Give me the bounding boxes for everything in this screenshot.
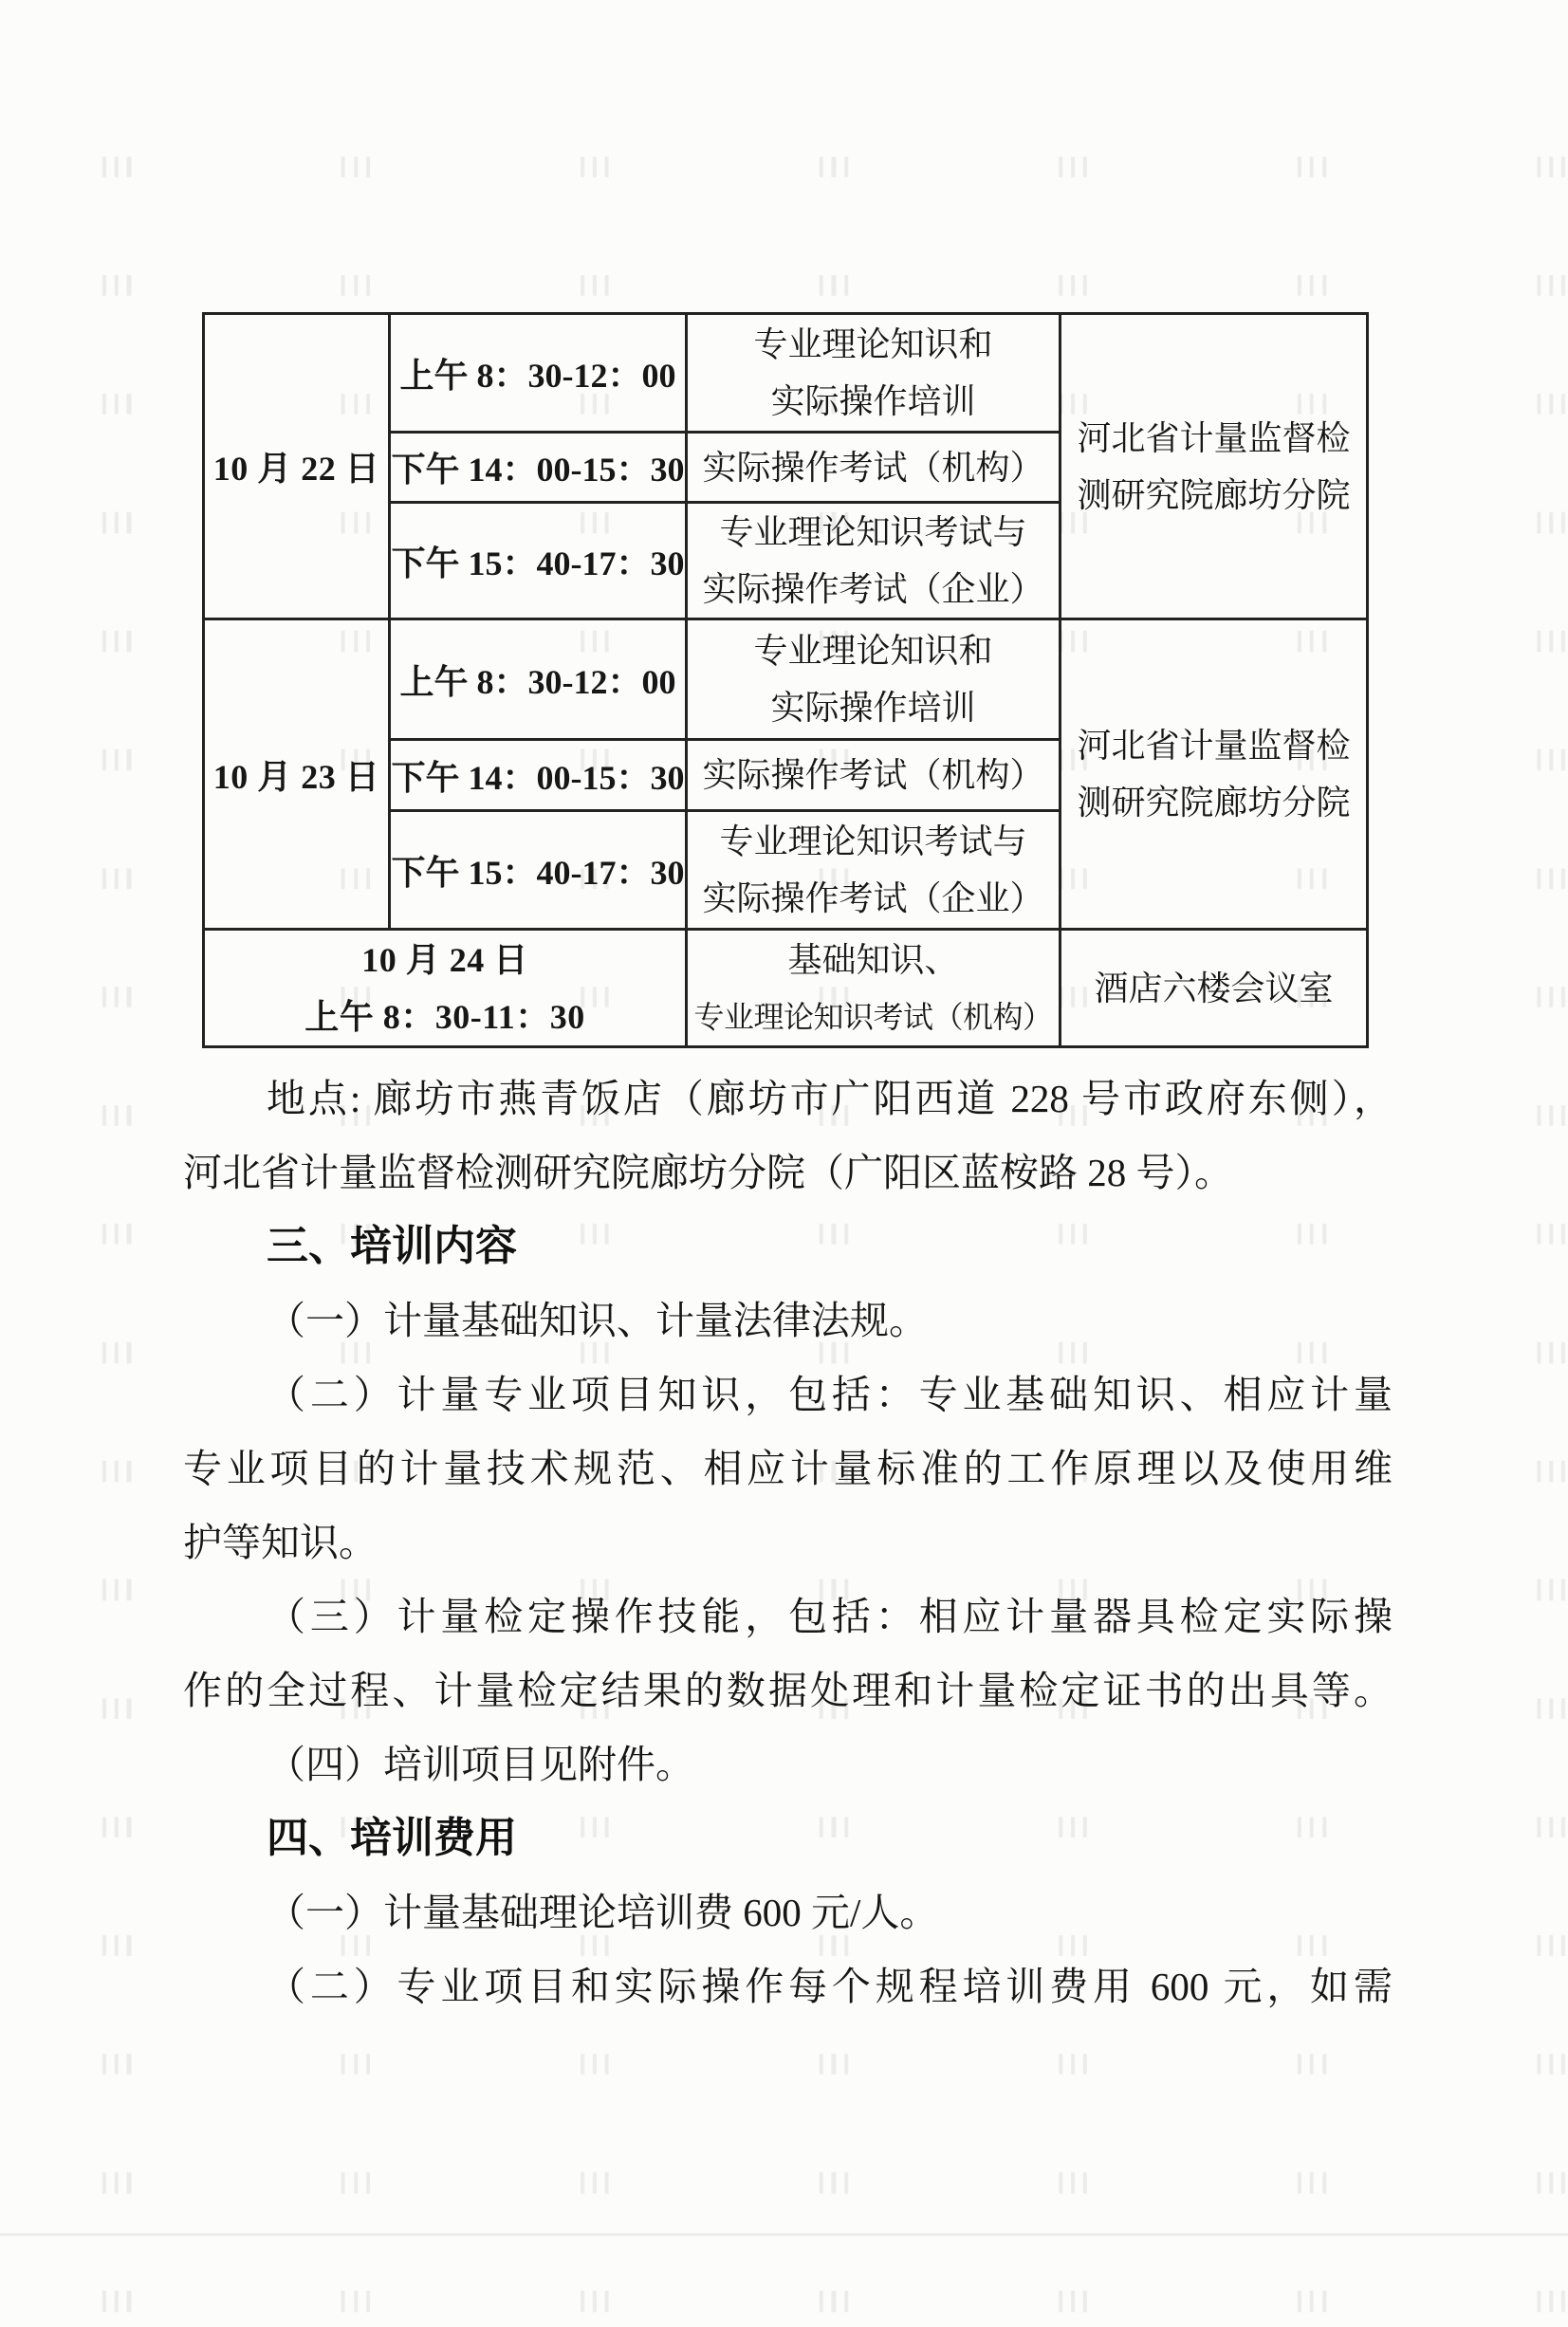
body-line-item-2a: （二）计量专业项目知识，包括：专业基础知识、相应计量 [183, 1357, 1393, 1431]
session-time: 下午 15：40-17：30 [390, 811, 687, 930]
body-line-item-4: （四）培训项目见附件。 [183, 1727, 1393, 1801]
venue-line: 酒店六楼会议室 [1061, 960, 1366, 1017]
activity-line: 基础知识、 [688, 932, 1059, 988]
venue-cell: 酒店六楼会议室 [1061, 930, 1368, 1047]
body-line-item-3b: 作的全过程、计量检定结果的数据处理和计量检定证书的出具等。 [183, 1653, 1393, 1727]
body-line-location-1: 地点: 廊坊市燕青饭店（廊坊市广阳西道 228 号市政府东侧）， [183, 1062, 1393, 1136]
venue-cell: 河北省计量监督检 测研究院廊坊分院 [1061, 619, 1368, 930]
activity-line: 专业理论知识和 [688, 316, 1059, 373]
activity-line: 实际操作考试（企业） [688, 561, 1059, 618]
venue-line: 测研究院廊坊分院 [1061, 774, 1366, 831]
activity-cell: 专业理论知识考试与 实际操作考试（企业） [687, 811, 1061, 930]
activity-line: 实际操作考试（机构） [688, 439, 1059, 496]
activity-line: 实际操作考试（机构） [688, 747, 1059, 803]
section-heading-training-fee: 四、培训费用 [183, 1801, 1393, 1875]
document-page: 10 月 22 日 上午 8：30-12：00 专业理论知识和 实际操作培训 河… [0, 0, 1568, 2327]
activity-line: 实际操作培训 [688, 679, 1059, 736]
body-line-item-2c: 护等知识。 [183, 1505, 1393, 1579]
body-line-item-1: （一）计量基础知识、计量法律法规。 [183, 1284, 1393, 1357]
scan-artifact-fold-line [0, 2233, 1568, 2236]
activity-line: 专业理论知识考试（机构） [688, 988, 1059, 1045]
footer-datetime-cell: 10 月 24 日 上午 8：30-11：30 [204, 930, 687, 1047]
activity-line: 专业理论知识考试与 [688, 813, 1059, 870]
schedule-table: 10 月 22 日 上午 8：30-12：00 专业理论知识和 实际操作培训 河… [202, 312, 1369, 1048]
session-time: 下午 14：00-15：30 [390, 740, 687, 811]
activity-cell: 基础知识、 专业理论知识考试（机构） [687, 930, 1061, 1047]
session-time: 下午 15：40-17：30 [390, 503, 687, 619]
body-line-location-2: 河北省计量监督检测研究院廊坊分院（广阳区蓝桉路 28 号）。 [183, 1136, 1393, 1210]
body-text: 地点: 廊坊市燕青饭店（廊坊市广阳西道 228 号市政府东侧）， 河北省计量监督… [183, 1062, 1393, 2023]
session-time: 下午 14：00-15：30 [390, 433, 687, 503]
footer-date-line: 10 月 24 日 [205, 932, 685, 988]
section-heading-training-content: 三、培训内容 [183, 1210, 1393, 1284]
date-cell: 10 月 23 日 [204, 619, 390, 930]
session-time: 上午 8：30-12：00 [390, 314, 687, 433]
activity-cell: 实际操作考试（机构） [687, 740, 1061, 811]
venue-line: 测研究院廊坊分院 [1061, 467, 1366, 524]
activity-line: 实际操作考试（企业） [688, 870, 1059, 927]
session-time: 上午 8：30-12：00 [390, 619, 687, 740]
footer-time-line: 上午 8：30-11：30 [205, 988, 685, 1045]
activity-line: 专业理论知识和 [688, 622, 1059, 679]
body-line-item-3a: （三）计量检定操作技能，包括：相应计量器具检定实际操 [183, 1579, 1393, 1653]
body-line-item-2b: 专业项目的计量技术规范、相应计量标准的工作原理以及使用维 [183, 1431, 1393, 1505]
venue-cell: 河北省计量监督检 测研究院廊坊分院 [1061, 314, 1368, 619]
activity-cell: 专业理论知识和 实际操作培训 [687, 314, 1061, 433]
activity-cell: 专业理论知识和 实际操作培训 [687, 619, 1061, 740]
body-line-fee-1: （一）计量基础理论培训费 600 元/人。 [183, 1875, 1393, 1949]
activity-cell: 实际操作考试（机构） [687, 433, 1061, 503]
activity-line: 专业理论知识考试与 [688, 504, 1059, 561]
venue-line: 河北省计量监督检 [1061, 410, 1366, 467]
body-line-fee-2: （二）专业项目和实际操作每个规程培训费用 600 元，如需 [183, 1949, 1393, 2023]
activity-cell: 专业理论知识考试与 实际操作考试（企业） [687, 503, 1061, 619]
activity-line: 实际操作培训 [688, 373, 1059, 430]
venue-line: 河北省计量监督检 [1061, 717, 1366, 774]
date-cell: 10 月 22 日 [204, 314, 390, 619]
